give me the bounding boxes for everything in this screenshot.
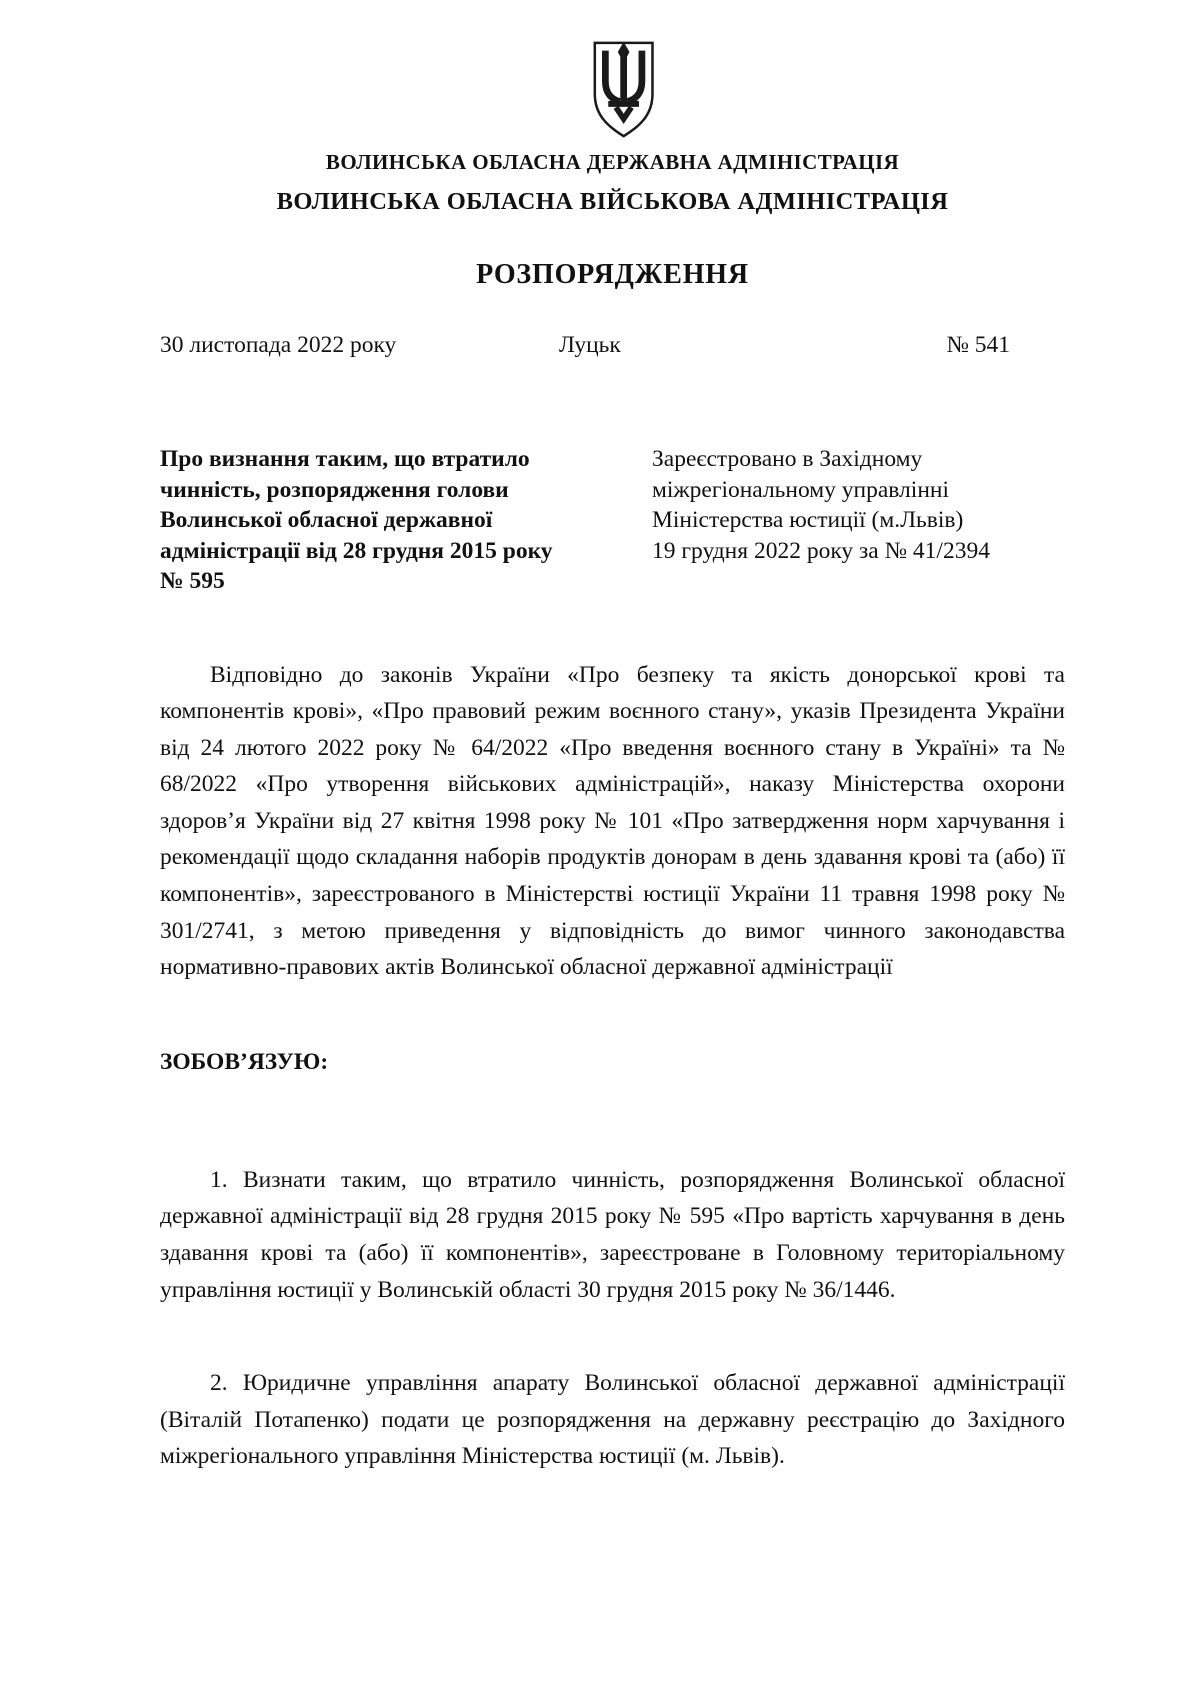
org-name-military-administration: ВОЛИНСЬКА ОБЛАСНА ВІЙСЬКОВА АДМІНІСТРАЦІ… <box>160 188 1065 216</box>
subject-block: Про визнання таким, що втратило чинність… <box>160 444 652 597</box>
subject-line: Про визнання таким, що втратило <box>160 444 652 475</box>
registration-line: Зареєстровано в Західному <box>652 444 1065 475</box>
registration-line: міжрегіональному управлінні <box>652 475 1065 506</box>
order-item-2: 2. Юридичне управління апарату Волинсько… <box>160 1365 1065 1475</box>
subject-registration-section: Про визнання таким, що втратило чинність… <box>160 444 1065 597</box>
document-header: ВОЛИНСЬКА ОБЛАСНА ДЕРЖАВНА АДМІНІСТРАЦІЯ… <box>160 40 1065 216</box>
resolve-heading: ЗОБОВ’ЯЗУЮ: <box>160 1049 1065 1076</box>
registration-line: Міністерства юстиції (м.Львів) <box>652 505 1065 536</box>
document-city: Луцьк <box>559 332 621 359</box>
document-type-title: РОЗПОРЯДЖЕННЯ <box>160 259 1065 291</box>
document-date: 30 листопада 2022 року <box>160 332 396 359</box>
subject-line: чинність, розпорядження голови <box>160 475 652 506</box>
document-number: № 541 <box>946 332 1010 359</box>
order-item-1: 1. Визнати таким, що втратило чинність, … <box>160 1162 1065 1308</box>
org-name-state-administration: ВОЛИНСЬКА ОБЛАСНА ДЕРЖАВНА АДМІНІСТРАЦІЯ <box>160 150 1065 175</box>
registration-line: 19 грудня 2022 року за № 41/2394 <box>652 536 1065 567</box>
document-meta-row: 30 листопада 2022 року Луцьк № 541 <box>160 332 1065 362</box>
preamble-paragraph: Відповідно до законів України «Про безпе… <box>160 657 1065 986</box>
trident-emblem-icon <box>182 40 1065 142</box>
registration-stamp-block: Зареєстровано в Західному міжрегіонально… <box>652 444 1065 566</box>
subject-line: адміністрації від 28 грудня 2015 року <box>160 536 652 567</box>
document-page: ВОЛИНСЬКА ОБЛАСНА ДЕРЖАВНА АДМІНІСТРАЦІЯ… <box>0 0 1200 1697</box>
subject-line: № 595 <box>160 566 652 597</box>
subject-line: Волинської обласної державної <box>160 505 652 536</box>
